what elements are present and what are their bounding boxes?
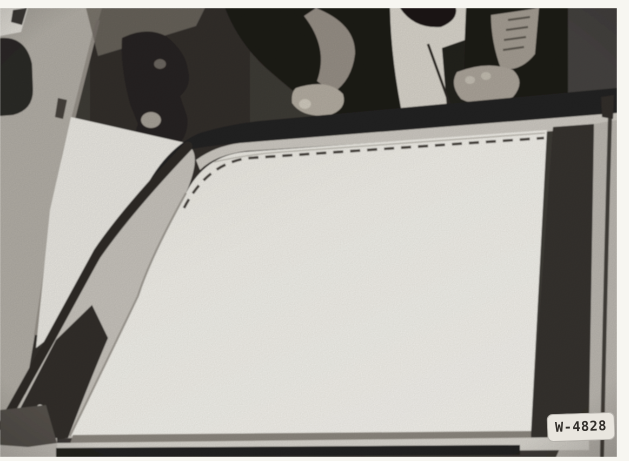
manual-figure-photo: W-4828	[0, 0, 629, 461]
figure-number-text: W-4828	[555, 418, 607, 436]
workshop-photo	[0, 0, 629, 461]
film-grain	[0, 8, 617, 457]
figure-number-label: W-4828	[547, 412, 616, 442]
